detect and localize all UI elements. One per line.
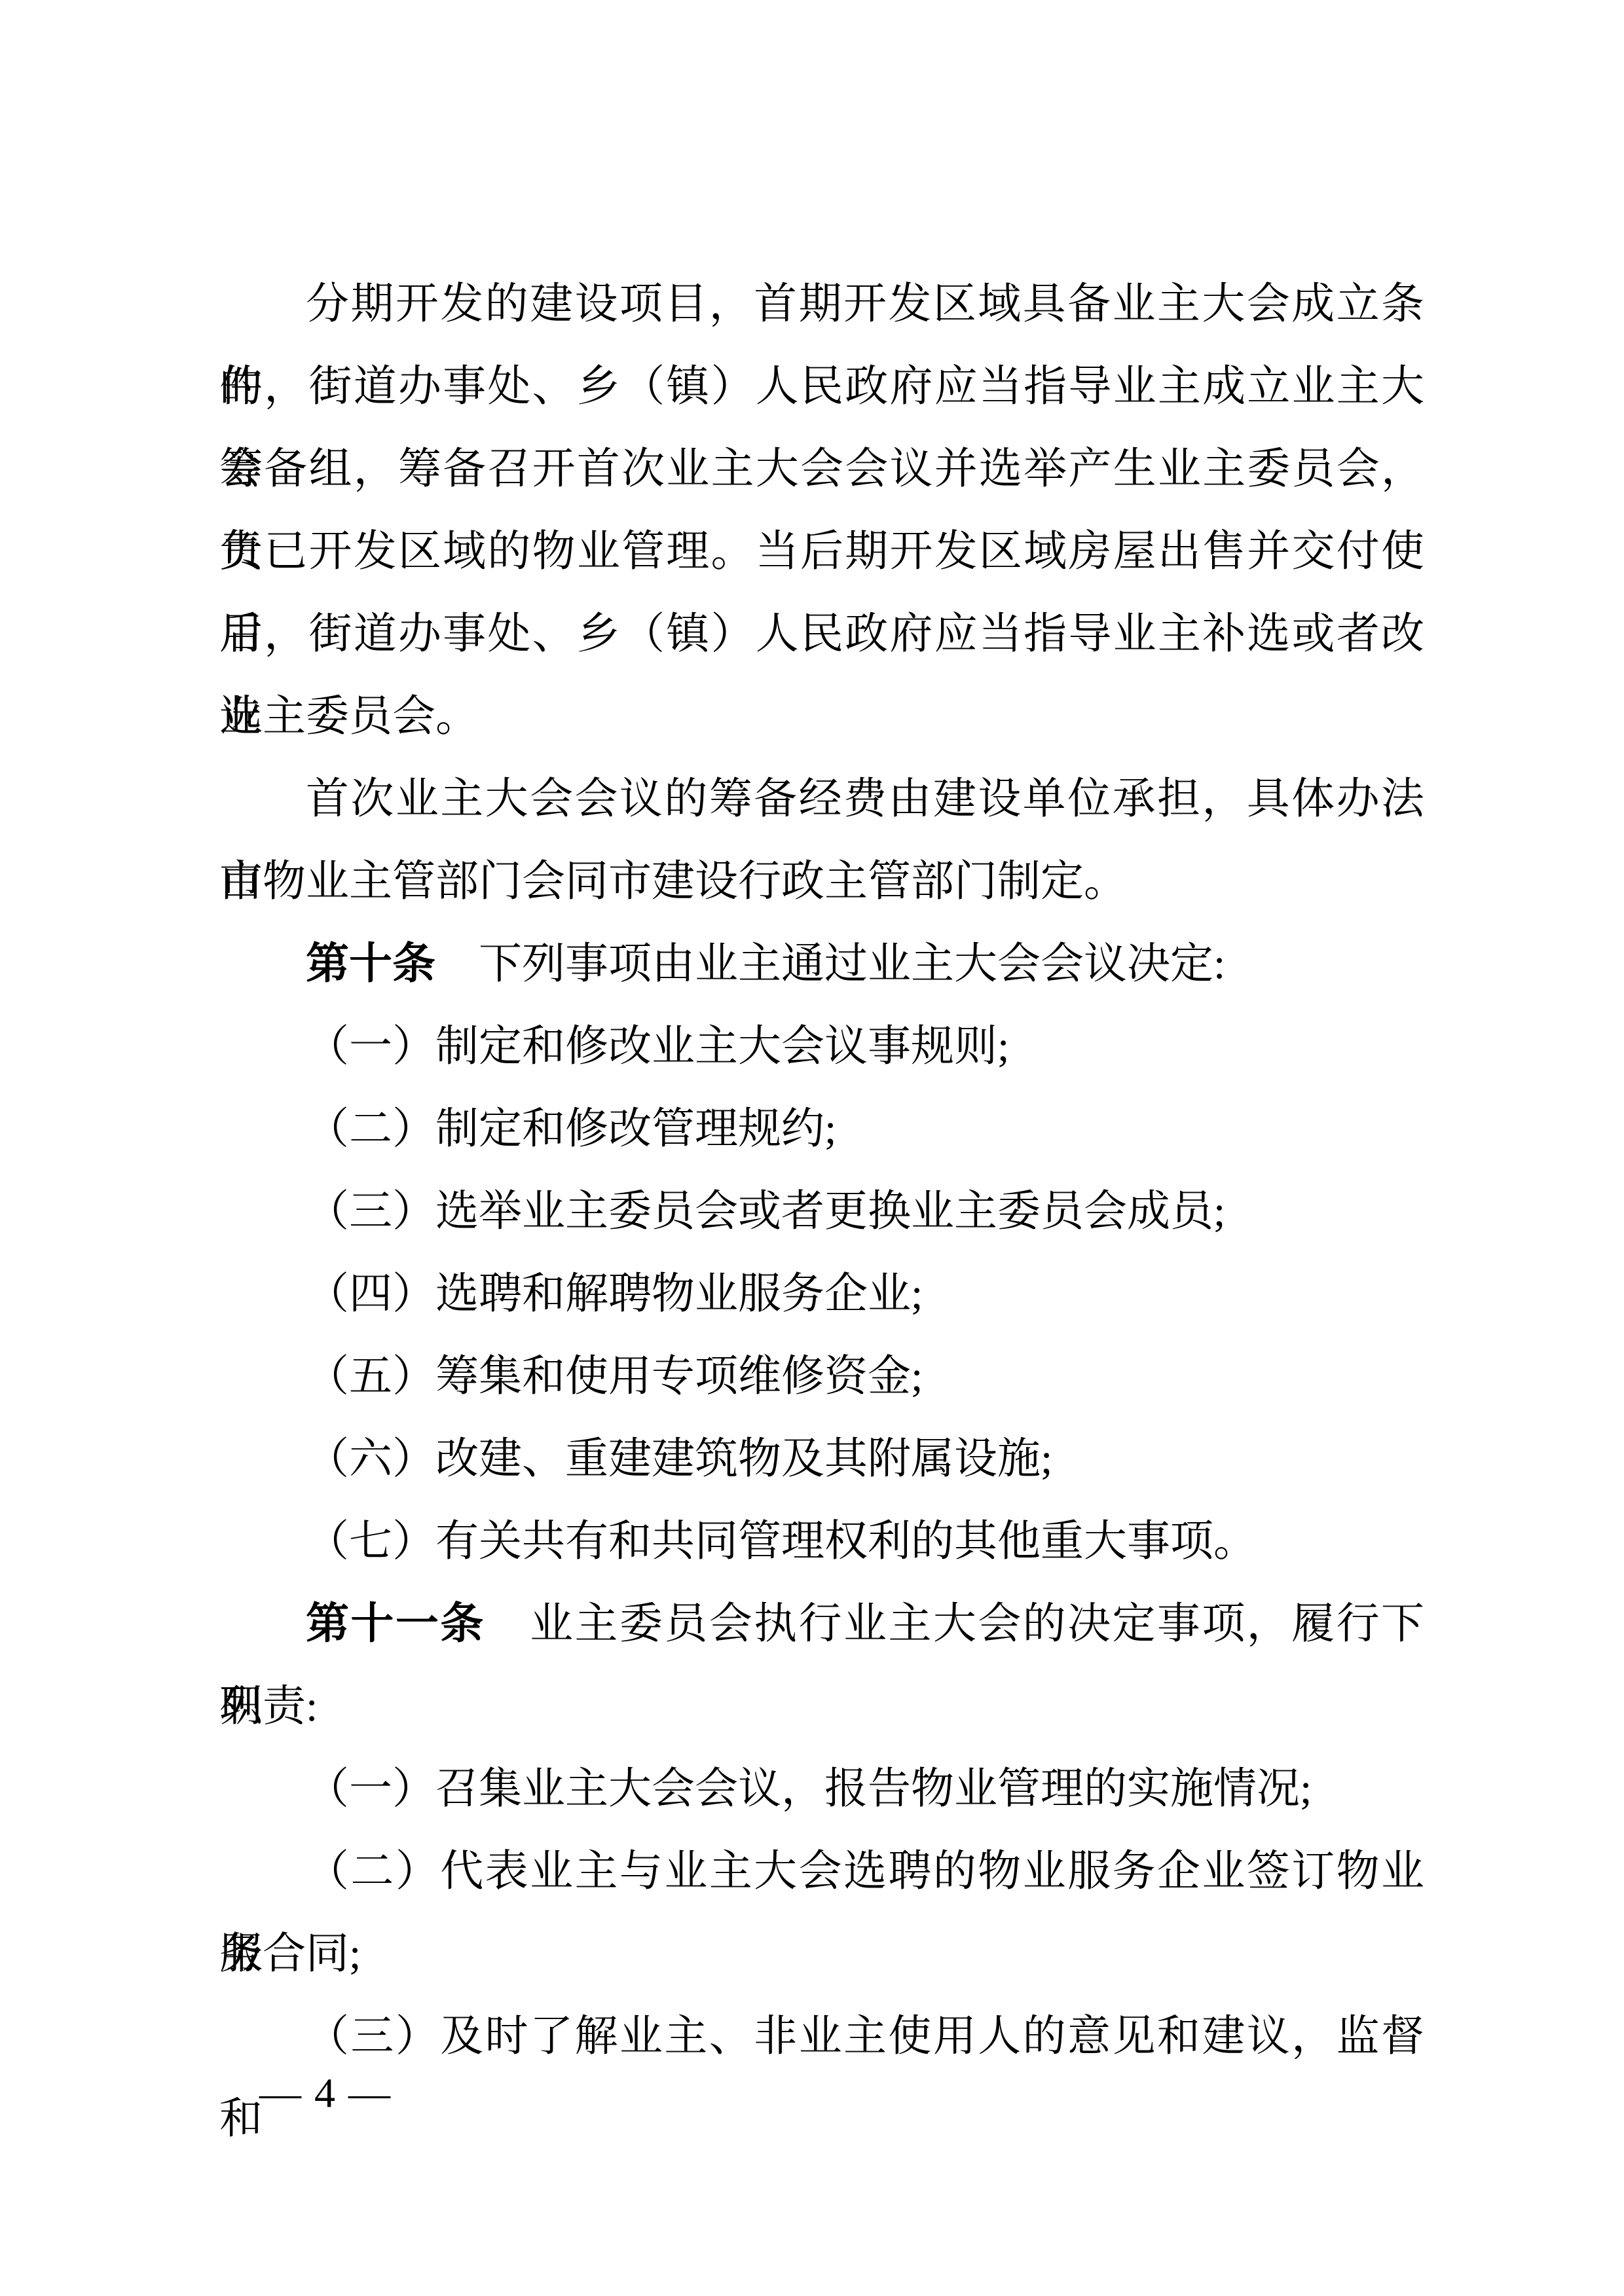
text-line: 责已开发区域的物业管理。当后期开发区域房屋出售并交付使用: [219, 511, 1424, 593]
text-line: 职责:: [219, 1666, 1424, 1748]
text-line: 首次业主大会会议的筹备经费由建设单位承担，具体办法由: [219, 758, 1424, 841]
text-line: 筹备组，筹备召开首次业主大会会议并选举产生业主委员会，负: [219, 428, 1424, 511]
text-line: 业主委员会。: [219, 676, 1424, 758]
text-line: （四）选聘和解聘物业服务企业;: [219, 1253, 1424, 1336]
article-text: 下列事项由业主通过业主大会会议决定:: [435, 940, 1225, 988]
document-page: 分期开发的建设项目，首期开发区域具备业主大会成立条件 的，街道办事处、乡（镇）人…: [0, 0, 1624, 2296]
text-line: 市物业主管部门会同市建设行政主管部门制定。: [219, 841, 1424, 923]
article-number: 第十一条: [306, 1600, 485, 1648]
document-body: 分期开发的建设项目，首期开发区域具备业主大会成立条件 的，街道办事处、乡（镇）人…: [219, 263, 1424, 2078]
text-line: （二）制定和修改管理规约;: [219, 1088, 1424, 1171]
article-number: 第十条: [306, 940, 435, 988]
text-line: （一）制定和修改业主大会议事规则;: [219, 1006, 1424, 1088]
text-line-article-11: 第十一条 业主委员会执行业主大会的决定事项，履行下列: [219, 1583, 1424, 1666]
text-line-article-10: 第十条 下列事项由业主通过业主大会会议决定:: [219, 923, 1424, 1006]
text-line: （六）改建、重建建筑物及其附属设施;: [219, 1418, 1424, 1501]
text-line: （一）召集业主大会会议，报告物业管理的实施情况;: [219, 1748, 1424, 1831]
text-line: （三）选举业主委员会或者更换业主委员会成员;: [219, 1171, 1424, 1253]
text-line: 务合同;: [219, 1913, 1424, 1995]
text-line: 后，街道办事处、乡（镇）人民政府应当指导业主补选或者改选: [219, 593, 1424, 676]
text-line: 分期开发的建设项目，首期开发区域具备业主大会成立条件: [219, 263, 1424, 346]
text-line: （七）有关共有和共同管理权利的其他重大事项。: [219, 1501, 1424, 1583]
text-line: （三）及时了解业主、非业主使用人的意见和建议，监督和: [219, 1995, 1424, 2078]
page-number: — 4 —: [259, 2070, 392, 2116]
text-line: （五）筹集和使用专项维修资金;: [219, 1336, 1424, 1418]
text-line: （二）代表业主与业主大会选聘的物业服务企业签订物业服: [219, 1831, 1424, 1913]
text-line: 的，街道办事处、乡（镇）人民政府应当指导业主成立业主大会: [219, 346, 1424, 428]
